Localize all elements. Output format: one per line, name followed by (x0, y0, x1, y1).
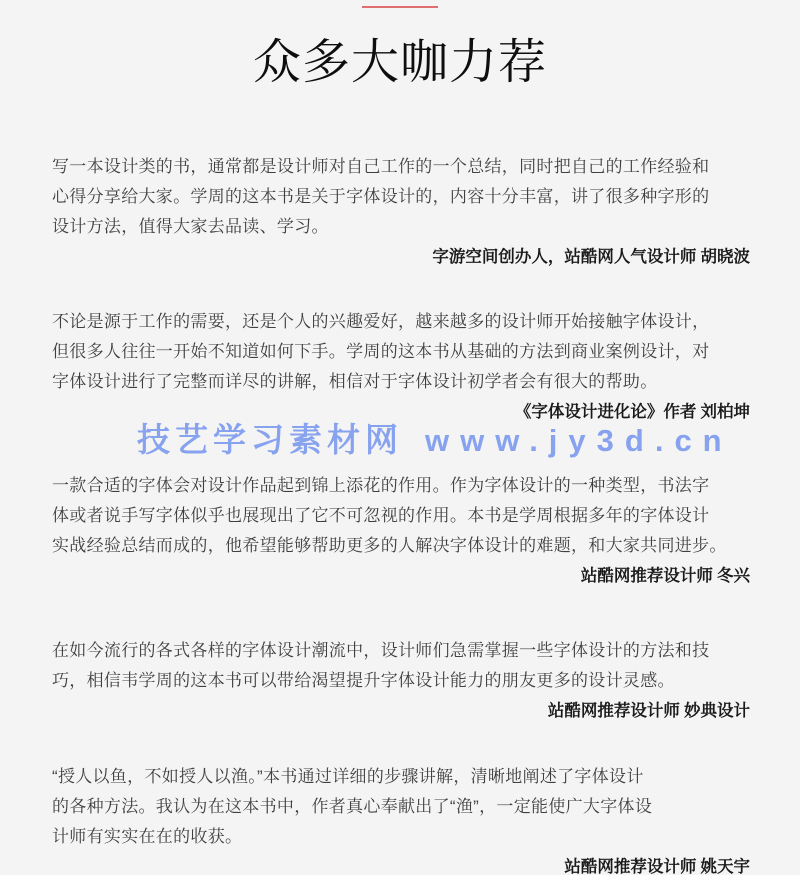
testimonial-quote: “授人以鱼，不如授人以渔。”本书通过详细的步骤讲解，清晰地阐述了字体设计 的各种… (52, 762, 750, 852)
testimonial-quote: 在如今流行的各式各样的字体设计潮流中，设计师们急需掌握一些字体设计的方法和技 巧… (52, 636, 750, 696)
page-title: 众多大咖力荐 (0, 34, 800, 92)
testimonial-4: 在如今流行的各式各样的字体设计潮流中，设计师们急需掌握一些字体设计的方法和技 巧… (52, 636, 750, 726)
testimonial-attribution: 站酷网推荐设计师 妙典设计 (52, 696, 750, 726)
testimonial-5: “授人以鱼，不如授人以渔。”本书通过详细的步骤讲解，清晰地阐述了字体设计 的各种… (52, 762, 750, 875)
testimonial-quote: 写一本设计类的书，通常都是设计师对自己工作的一个总结，同时把自己的工作经验和 心… (52, 152, 750, 242)
testimonial-attribution: 站酷网推荐设计师 姚天宇 (52, 852, 750, 875)
testimonial-3: 一款合适的字体会对设计作品起到锦上添花的作用。作为字体设计的一种类型，书法字 体… (52, 471, 750, 591)
testimonial-attribution: 站酷网推荐设计师 冬兴 (52, 561, 750, 591)
testimonial-2: 不论是源于工作的需要，还是个人的兴趣爱好，越来越多的设计师开始接触字体设计， 但… (52, 307, 750, 427)
watermark-url: www.jy3d.cn (425, 423, 733, 458)
watermark: 技艺学习素材网www.jy3d.cn (137, 420, 733, 461)
testimonial-attribution: 字游空间创办人，站酷网人气设计师 胡晓波 (52, 242, 750, 272)
testimonial-quote: 一款合适的字体会对设计作品起到锦上添花的作用。作为字体设计的一种类型，书法字 体… (52, 471, 750, 561)
watermark-site-name: 技艺学习素材网 (137, 421, 403, 458)
accent-rule (362, 6, 438, 8)
testimonial-1: 写一本设计类的书，通常都是设计师对自己工作的一个总结，同时把自己的工作经验和 心… (52, 152, 750, 272)
testimonial-quote: 不论是源于工作的需要，还是个人的兴趣爱好，越来越多的设计师开始接触字体设计， 但… (52, 307, 750, 397)
